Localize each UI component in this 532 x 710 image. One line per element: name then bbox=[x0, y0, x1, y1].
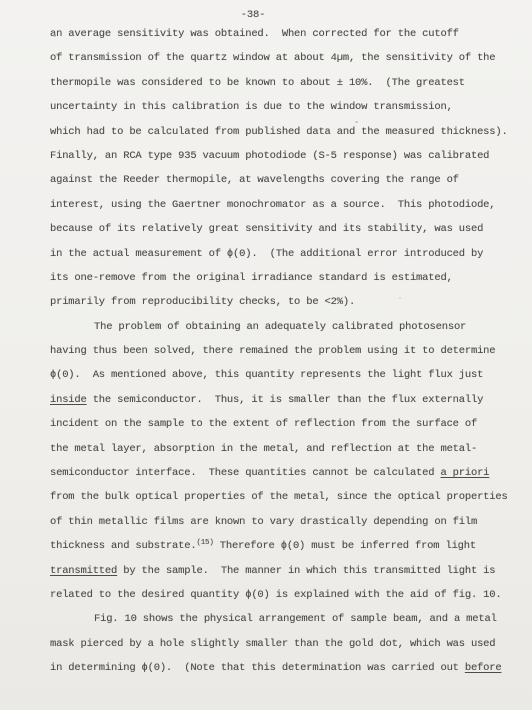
text-segment: related to the desired quantity ϕ(0) is … bbox=[50, 589, 501, 601]
text-segment: Therefore ϕ(0) must be inferred from lig… bbox=[214, 540, 476, 552]
text-segment: primarily from reproducibility checks, t… bbox=[50, 296, 355, 308]
text-segment: thickness and substrate. bbox=[50, 540, 196, 552]
underlined-text: transmitted bbox=[50, 565, 117, 577]
text-line: incident on the sample to the extent of … bbox=[50, 412, 516, 436]
text-line: because of its relatively great sensitiv… bbox=[50, 217, 516, 241]
text-segment: of thin metallic films are known to vary… bbox=[50, 516, 477, 528]
underlined-text: inside bbox=[50, 394, 87, 406]
text-segment: Fig. 10 shows the physical arrangement o… bbox=[94, 613, 497, 625]
text-line: thermopile was considered to be known to… bbox=[50, 71, 516, 95]
text-segment: interest, using the Gaertner monochromat… bbox=[50, 199, 495, 211]
text-line: an average sensitivity was obtained. Whe… bbox=[50, 22, 516, 46]
text-line: interest, using the Gaertner monochromat… bbox=[50, 193, 516, 217]
text-segment: its one-remove from the original irradia… bbox=[50, 272, 453, 284]
text-line: inside the semiconductor. Thus, it is sm… bbox=[50, 388, 516, 412]
underlined-text: a priori bbox=[440, 467, 489, 479]
paper-speck bbox=[399, 297, 401, 299]
text-line: mask pierced by a hole slightly smaller … bbox=[50, 632, 516, 656]
text-line: semiconductor interface. These quantitie… bbox=[50, 461, 516, 485]
text-segment: having thus been solved, there remained … bbox=[50, 345, 495, 357]
text-line: which had to be calculated from publishe… bbox=[50, 120, 516, 144]
paper-speck bbox=[56, 53, 58, 55]
text-line: from the bulk optical properties of the … bbox=[50, 485, 516, 509]
text-line: the metal layer, absorption in the metal… bbox=[50, 437, 516, 461]
text-segment: ϕ(0). As mentioned above, this quantity … bbox=[50, 369, 483, 381]
text-line: uncertainty in this calibration is due t… bbox=[50, 95, 516, 119]
text-segment: by the sample. The manner in which this … bbox=[117, 565, 495, 577]
text-segment: thermopile was considered to be known to… bbox=[50, 77, 465, 89]
document-page: -38- an average sensitivity was obtained… bbox=[0, 0, 532, 710]
text-segment: because of its relatively great sensitiv… bbox=[50, 223, 483, 235]
underlined-text: before bbox=[465, 662, 502, 674]
text-segment: Finally, an RCA type 935 vacuum photodio… bbox=[50, 150, 489, 162]
paper-speck bbox=[53, 34, 56, 37]
text-segment: in determining ϕ(0). (Note that this det… bbox=[50, 662, 465, 674]
text-segment: incident on the sample to the extent of … bbox=[50, 418, 477, 430]
text-segment: which had to be calculated from publishe… bbox=[50, 126, 508, 138]
text-segment: in the actual measurement of ϕ(0). (The … bbox=[50, 248, 483, 260]
text-segment: the metal layer, absorption in the metal… bbox=[50, 443, 477, 455]
text-line: transmitted by the sample. The manner in… bbox=[50, 559, 516, 583]
text-line: Finally, an RCA type 935 vacuum photodio… bbox=[50, 144, 516, 168]
text-line: thickness and substrate.(15) Therefore ϕ… bbox=[50, 534, 516, 558]
text-segment: the semiconductor. Thus, it is smaller t… bbox=[87, 394, 484, 406]
document-body: an average sensitivity was obtained. Whe… bbox=[50, 22, 516, 681]
text-line: related to the desired quantity ϕ(0) is … bbox=[50, 583, 516, 607]
text-segment: an average sensitivity was obtained. Whe… bbox=[50, 28, 459, 40]
text-line: in the actual measurement of ϕ(0). (The … bbox=[50, 242, 516, 266]
text-line: against the Reeder thermopile, at wavele… bbox=[50, 168, 516, 192]
text-line: The problem of obtaining an adequately c… bbox=[50, 315, 516, 339]
citation-superscript: (15) bbox=[196, 539, 213, 547]
text-line: of thin metallic films are known to vary… bbox=[50, 510, 516, 534]
text-segment: against the Reeder thermopile, at wavele… bbox=[50, 174, 459, 186]
text-segment: of transmission of the quartz window at … bbox=[50, 52, 495, 64]
text-line: of transmission of the quartz window at … bbox=[50, 46, 516, 70]
text-segment: mask pierced by a hole slightly smaller … bbox=[50, 638, 495, 650]
text-line: primarily from reproducibility checks, t… bbox=[50, 290, 516, 314]
text-line: Fig. 10 shows the physical arrangement o… bbox=[50, 607, 516, 631]
paper-speck bbox=[355, 121, 358, 123]
text-segment: uncertainty in this calibration is due t… bbox=[50, 101, 453, 113]
text-segment: The problem of obtaining an adequately c… bbox=[94, 321, 466, 333]
text-line: in determining ϕ(0). (Note that this det… bbox=[50, 656, 516, 680]
text-segment: semiconductor interface. These quantitie… bbox=[50, 467, 440, 479]
text-line: ϕ(0). As mentioned above, this quantity … bbox=[50, 363, 516, 387]
page-number: -38- bbox=[0, 8, 506, 22]
text-segment: from the bulk optical properties of the … bbox=[50, 491, 508, 503]
text-line: its one-remove from the original irradia… bbox=[50, 266, 516, 290]
text-line: having thus been solved, there remained … bbox=[50, 339, 516, 363]
